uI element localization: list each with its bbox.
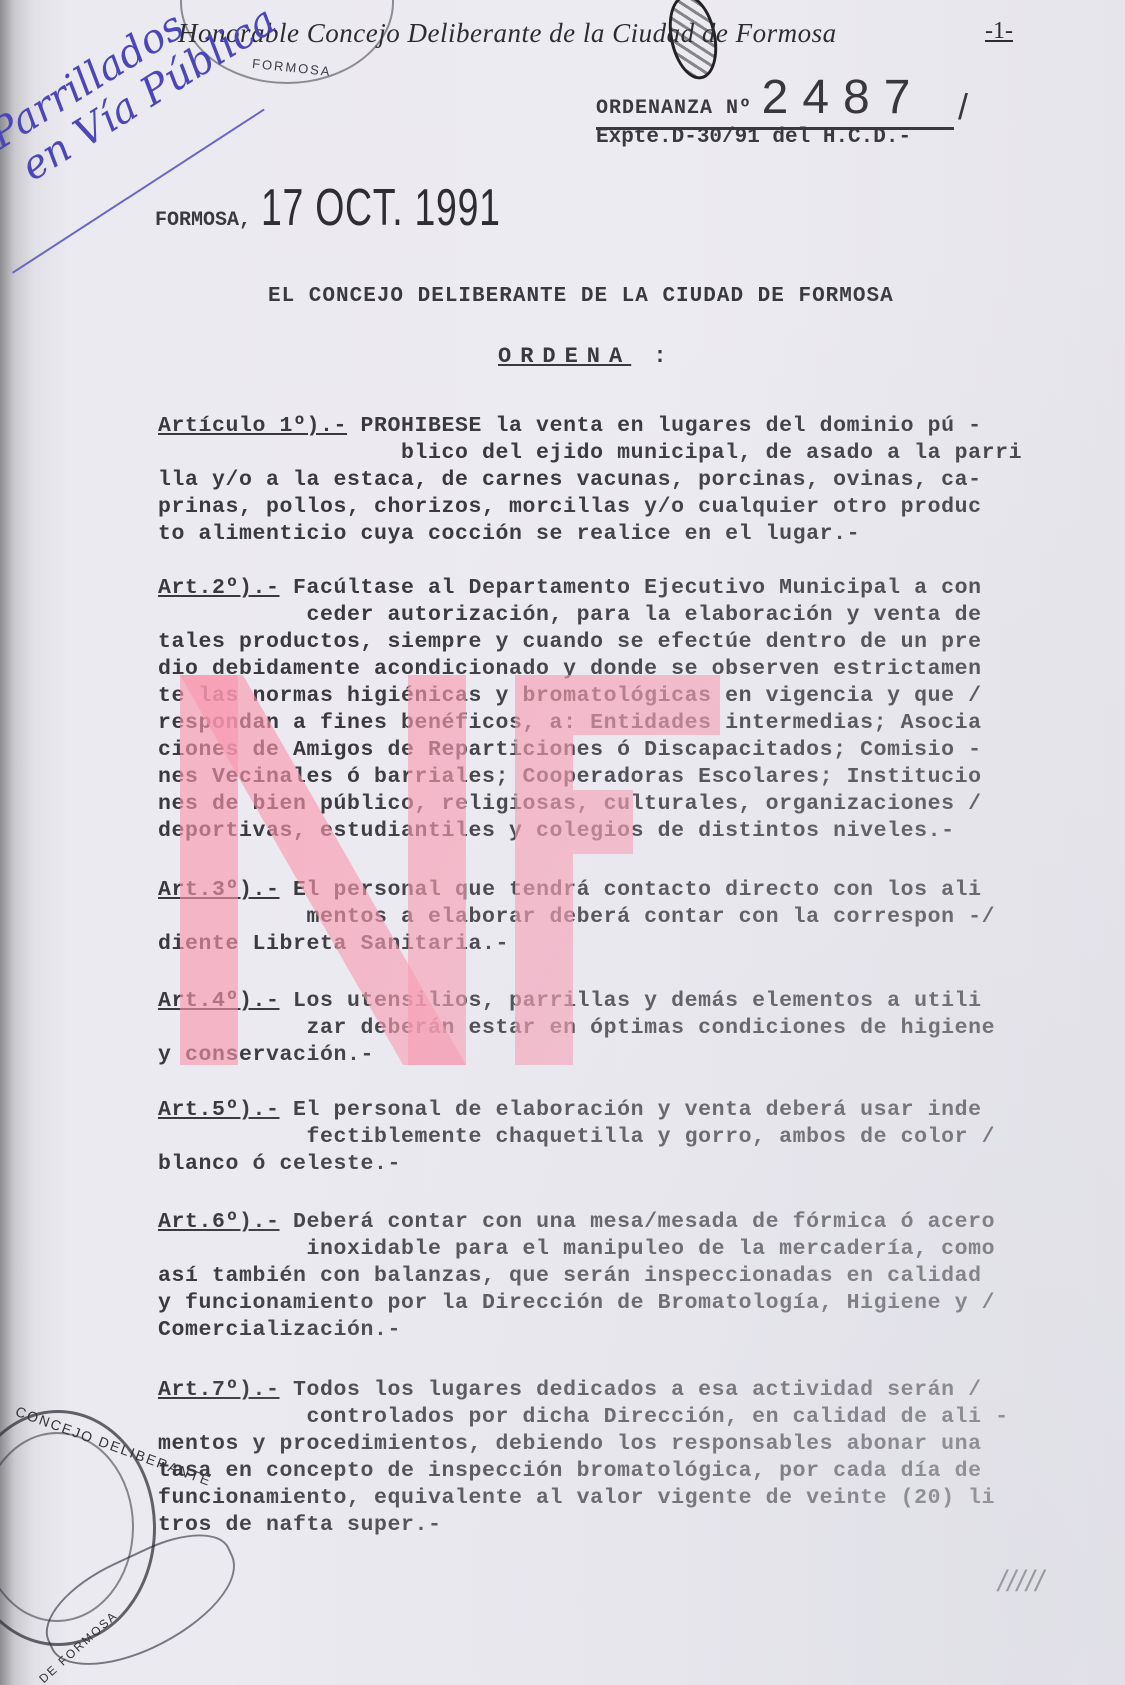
article-6: Art.6º).- Deberá contar con una mesa/mes… [158, 1209, 1088, 1344]
article-label: Artículo 1º).- [158, 414, 347, 438]
article-3: Art.3º).- El personal que tendrá contact… [158, 877, 1088, 958]
document-heading: EL CONCEJO DELIBERANTE DE LA CIUDAD DE F… [268, 285, 894, 308]
article-first-line: El personal que tendrá contacto directo … [280, 878, 982, 902]
article-first-line: PROHIBESE la venta en lugares del domini… [347, 414, 982, 438]
place-date: FORMOSA, 17 OCT. 1991 [155, 178, 594, 238]
article-body: zar deberán estar en óptimas condiciones… [158, 1016, 995, 1067]
article-body: controlados por dicha Dirección, en cali… [158, 1405, 1009, 1537]
expediente-reference: Expte.D-30/91 del H.C.D.- [596, 126, 911, 149]
handwritten-annotation: Parrillados en Vía Pública [0, 0, 283, 195]
article-7: Art.7º).- Todos los lugares dedicados a … [158, 1377, 1088, 1539]
city: FORMOSA, [155, 209, 251, 232]
article-5: Art.5º).- El personal de elaboración y v… [158, 1097, 1088, 1178]
article-1: Artículo 1º).- PROHIBESE la venta en lug… [158, 413, 1088, 548]
article-2: Art.2º).- Facúltase al Departamento Ejec… [158, 575, 1088, 845]
document-page: FORMOSA Honorable Concejo Deliberante de… [0, 0, 1125, 1685]
article-label: Art.2º).- [158, 576, 280, 600]
ordinance-number-block: ORDENANZA Nº 2487 [596, 70, 924, 125]
article-label: Art.4º).- [158, 989, 280, 1013]
article-first-line: Deberá contar con una mesa/mesada de fór… [280, 1210, 996, 1234]
continuation-mark: ///// [998, 1565, 1045, 1599]
ordinance-label: ORDENANZA Nº [596, 97, 752, 120]
article-label: Art.5º).- [158, 1098, 280, 1122]
article-body: blico del ejido municipal, de asado a la… [158, 441, 1022, 546]
date-stamp: 17 OCT. 1991 [261, 178, 501, 238]
article-first-line: El personal de elaboración y venta deber… [280, 1098, 982, 1122]
ordena-title: ORDENA : [498, 344, 676, 369]
article-body: mentos a elaborar deberá contar con la c… [158, 905, 995, 956]
article-body: inoxidable para el manipuleo de la merca… [158, 1237, 995, 1342]
article-label: Art.7º).- [158, 1378, 280, 1402]
ordinance-slash: / [958, 86, 968, 128]
article-first-line: Facúltase al Departamento Ejecutivo Muni… [280, 576, 982, 600]
article-first-line: Los utensilios, parrillas y demás elemen… [280, 989, 982, 1013]
ordinance-number: 2487 [762, 71, 925, 124]
article-label: Art.6º).- [158, 1210, 280, 1234]
article-first-line: Todos los lugares dedicados a esa activi… [280, 1378, 982, 1402]
article-body: fectiblemente chaquetilla y gorro, ambos… [158, 1125, 995, 1176]
article-body: ceder autorización, para la elaboración … [158, 603, 982, 843]
article-label: Art.3º).- [158, 878, 280, 902]
article-4: Art.4º).- Los utensilios, parrillas y de… [158, 988, 1088, 1069]
page-number: -1- [985, 18, 1013, 45]
